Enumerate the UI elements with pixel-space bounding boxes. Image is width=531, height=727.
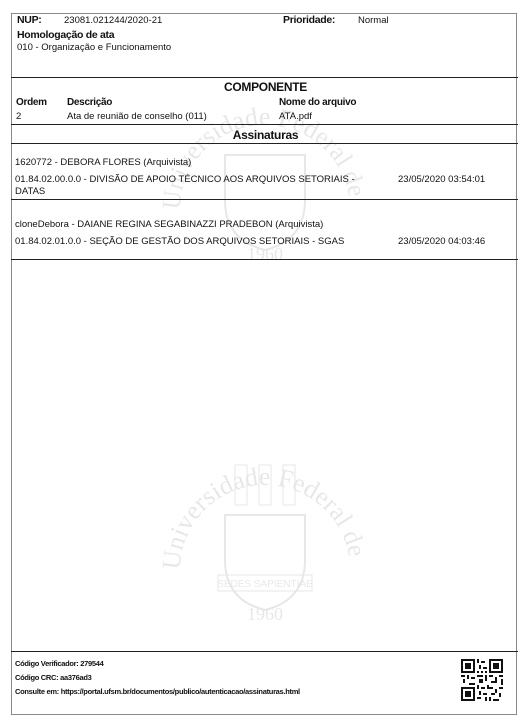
classification: 010 - Organização e Funcionamento: [17, 42, 171, 53]
priority-value: Normal: [358, 15, 389, 26]
col-arquivo: Nome do arquivo: [279, 97, 356, 108]
codigo-verificador: Código Verificador: 279544: [15, 659, 104, 668]
nup-value: 23081.021244/2020-21: [64, 15, 162, 26]
consulte-url[interactable]: Consulte em: https://portal.ufsm.br/docu…: [15, 687, 300, 696]
col-ordem: Ordem: [16, 97, 47, 108]
row-ordem: 2: [16, 111, 21, 122]
nup-label: NUP:: [17, 14, 41, 26]
assinaturas-title: Assinaturas: [0, 128, 531, 142]
divider: [11, 77, 518, 78]
divider: [11, 143, 518, 144]
divider: [11, 651, 518, 652]
document-type: Homologação de ata: [17, 29, 114, 41]
row-arquivo[interactable]: ATA.pdf: [279, 111, 312, 122]
signer-name: 1620772 - DEBORA FLORES (Arquivista): [15, 157, 191, 168]
signer-name: cloneDebora - DAIANE REGINA SEGABINAZZI …: [15, 219, 323, 230]
signature-datetime: 23/05/2020 04:03:46: [398, 236, 485, 247]
codigo-crc: Código CRC: aa376ad3: [15, 673, 92, 682]
divider: [11, 199, 518, 200]
col-descricao: Descrição: [67, 97, 112, 108]
divider: [11, 259, 518, 260]
signer-unit: 01.84.02.01.0.0 - SEÇÃO DE GESTÃO DOS AR…: [15, 236, 344, 247]
divider: [11, 124, 518, 125]
signature-datetime: 23/05/2020 03:54:01: [398, 174, 485, 185]
componente-title: COMPONENTE: [0, 80, 531, 94]
priority-label: Prioridade:: [283, 14, 335, 26]
signer-unit-cont: DATAS: [15, 186, 45, 197]
qr-code-icon: [461, 659, 503, 701]
signer-unit: 01.84.02.00.0.0 - DIVISÃO DE APOIO TÉCNI…: [15, 174, 355, 185]
row-descricao: Ata de reunião de conselho (011): [67, 111, 207, 122]
